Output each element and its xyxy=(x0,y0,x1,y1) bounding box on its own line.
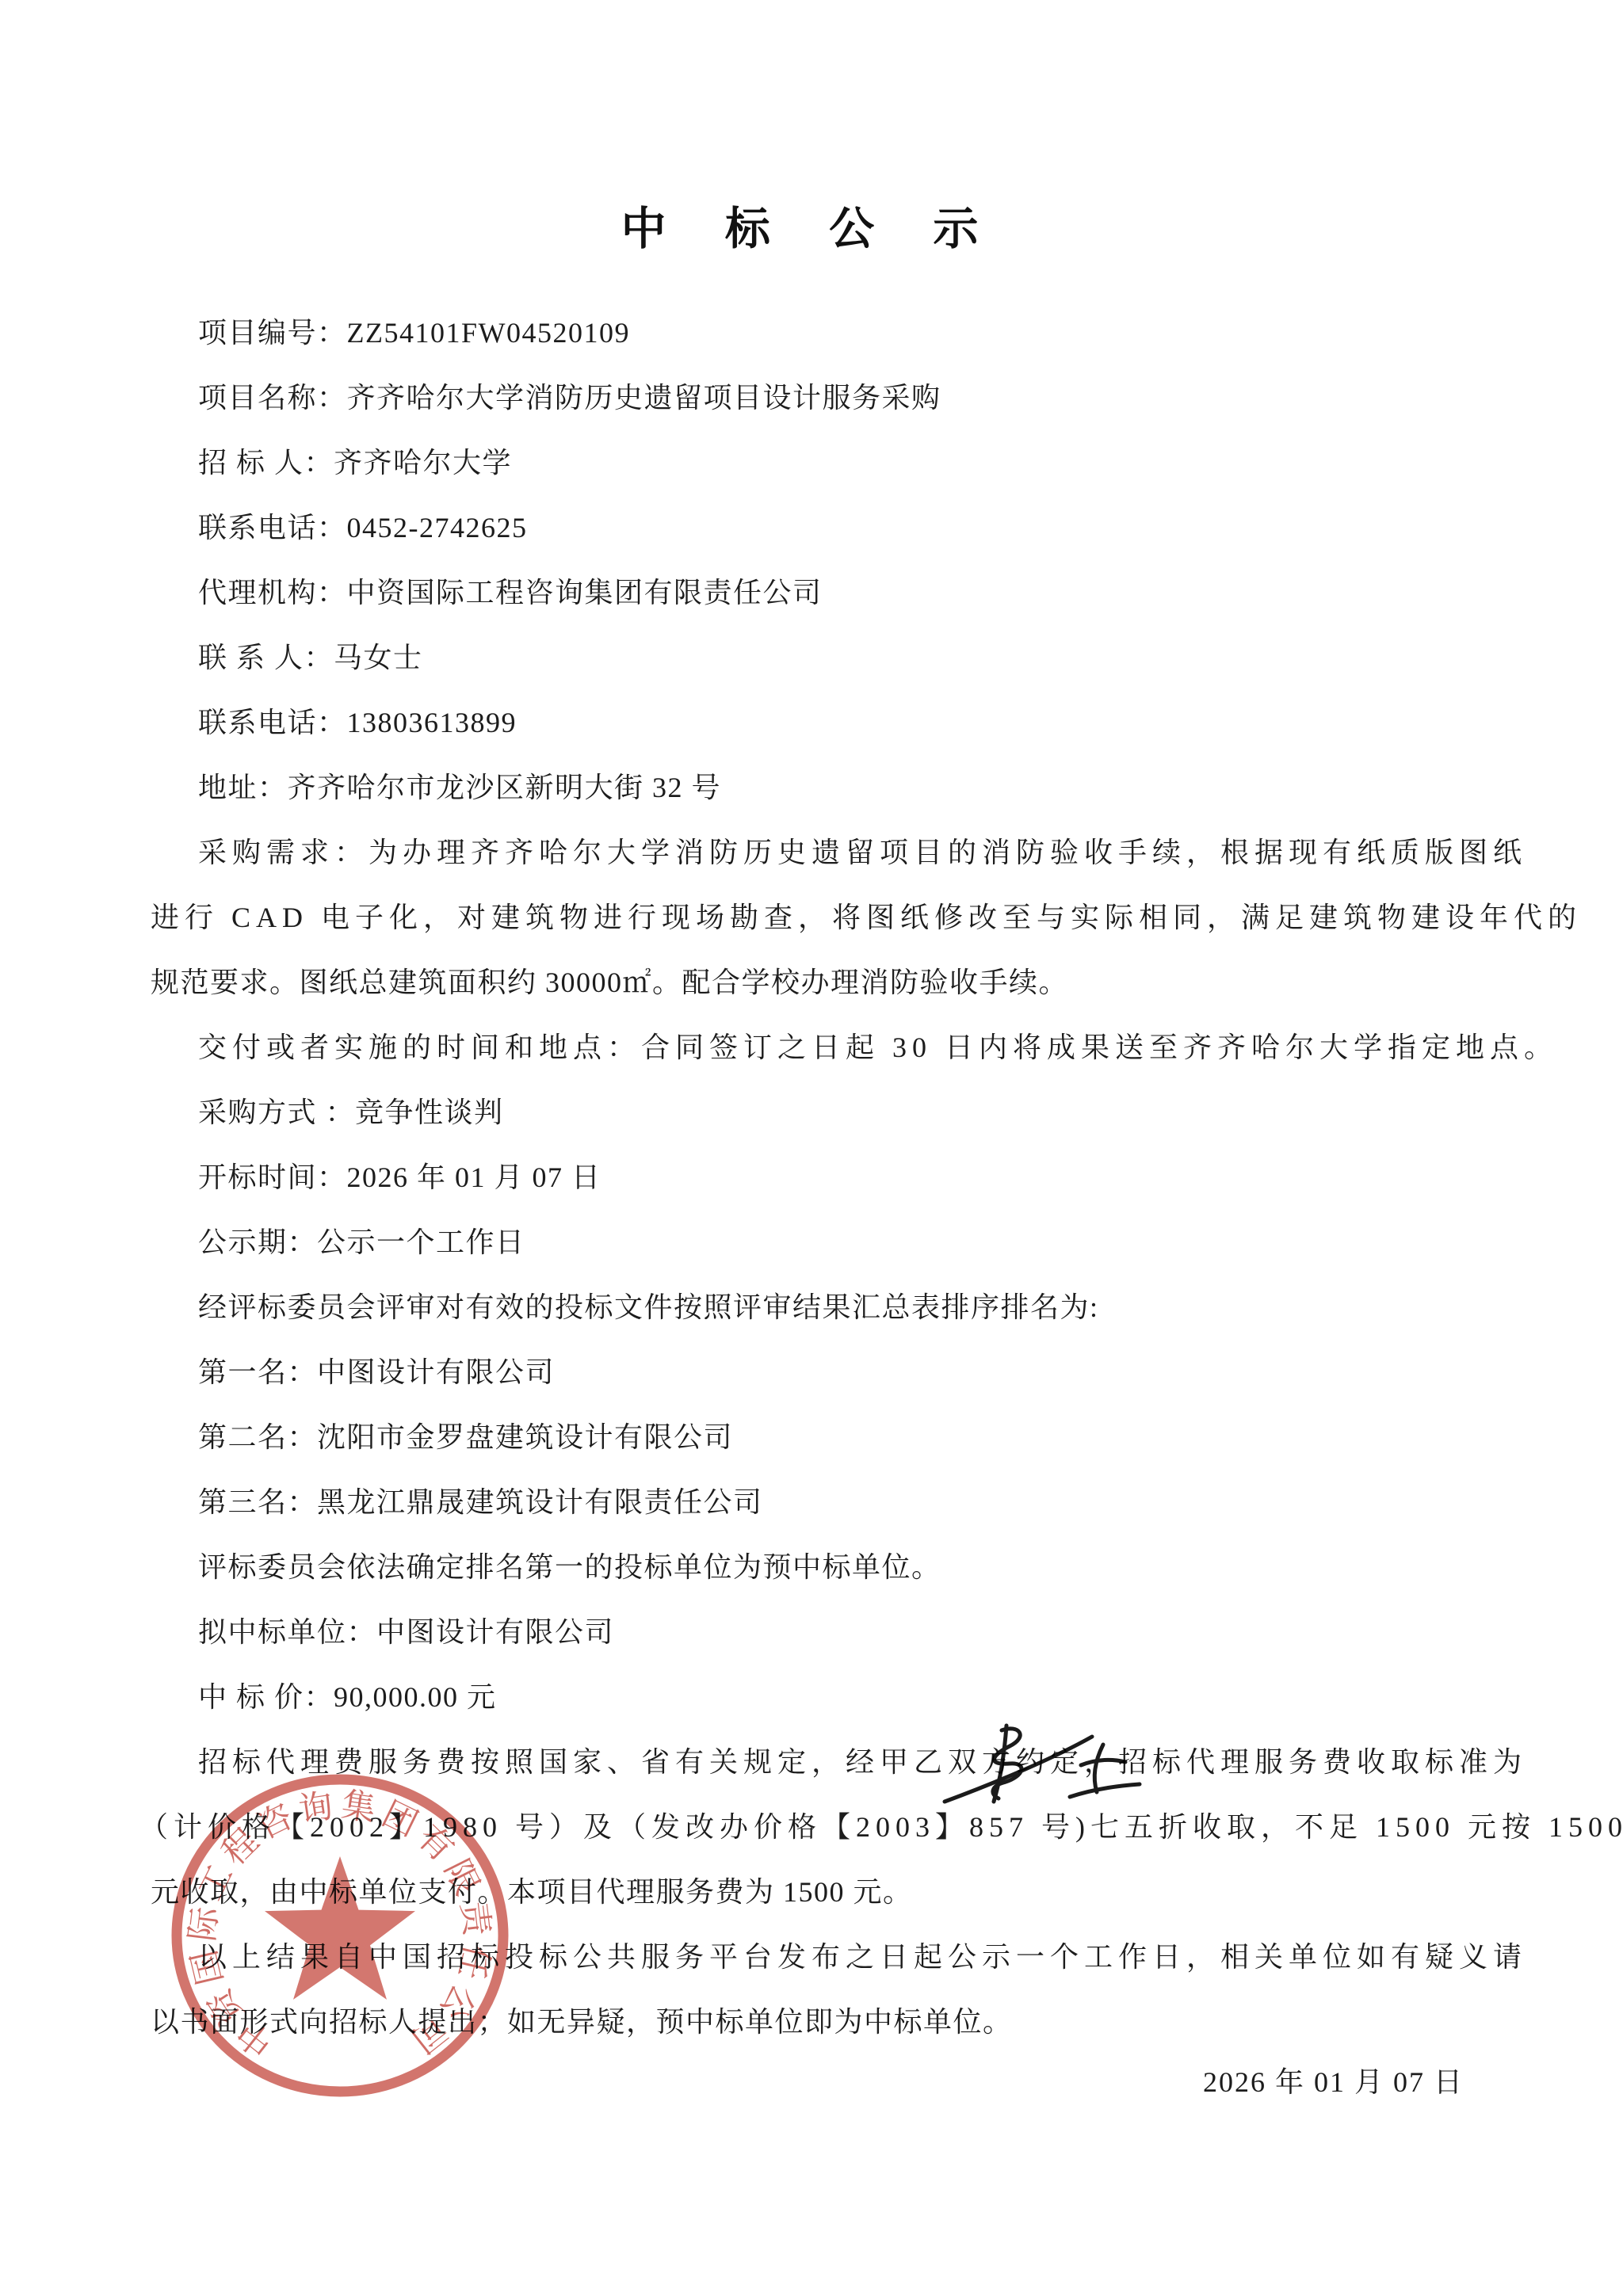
line-method: 采购方式 ：竞争性谈判 xyxy=(198,1095,504,1130)
line-phone-2: 联系电话：13803613899 xyxy=(198,705,517,740)
line-agency: 代理机构：中资国际工程咨询集团有限责任公司 xyxy=(198,575,823,610)
line-committee: 评标委员会依法确定排名第一的投标单位为预中标单位。 xyxy=(198,1550,941,1585)
announcement-page: 中 标 公 示 项目编号：ZZ54101FW04520109 项目名称：齐齐哈尔… xyxy=(0,0,1623,2296)
line-rank-2: 第二名：沈阳市金罗盘建筑设计有限公司 xyxy=(198,1420,733,1455)
line-requirement-2: 进行 CAD 电子化，对建筑物进行现场勘查，将图纸修改至与实际相同，满足建筑物建… xyxy=(151,900,1582,935)
document-date: 2026 年 01 月 07 日 xyxy=(1203,2060,1464,2100)
line-address: 地址：齐齐哈尔市龙沙区新明大街 32 号 xyxy=(198,770,721,805)
line-requirement-3: 规范要求。图纸总建筑面积约 30000㎡。配合学校办理消防验收手续。 xyxy=(151,965,1068,1000)
line-contact-person: 联 系 人：马女士 xyxy=(198,640,423,675)
line-price: 中 标 价：90,000.00 元 xyxy=(198,1680,497,1714)
line-phone-1: 联系电话：0452-2742625 xyxy=(198,510,528,545)
handwritten-signature xyxy=(937,1719,1151,1826)
line-delivery: 交付或者实施的时间和地点：合同签订之日起 30 日内将成果送至齐齐哈尔大学指定地… xyxy=(198,1030,1558,1065)
page-title: 中 标 公 示 xyxy=(0,193,1623,257)
line-rank-3: 第三名：黑龙江鼎晟建筑设计有限责任公司 xyxy=(198,1485,763,1520)
line-requirement-1: 采购需求：为办理齐齐哈尔大学消防历史遗留项目的消防验收手续，根据现有纸质版图纸 xyxy=(198,835,1527,870)
line-project-number: 项目编号：ZZ54101FW04520109 xyxy=(198,315,630,350)
line-opening-time: 开标时间：2026 年 01 月 07 日 xyxy=(198,1160,601,1195)
company-seal: 中资国际工程咨询集团有限责任公司 xyxy=(169,1772,511,2100)
line-publicity-period: 公示期：公示一个工作日 xyxy=(198,1225,525,1260)
line-tenderee: 招 标 人：齐齐哈尔大学 xyxy=(198,445,512,480)
star-icon xyxy=(265,1856,415,2000)
line-ranking-intro: 经评标委员会评审对有效的投标文件按照评审结果汇总表排序排名为: xyxy=(198,1290,1099,1325)
line-rank-1: 第一名：中图设计有限公司 xyxy=(198,1355,555,1390)
line-winner: 拟中标单位：中图设计有限公司 xyxy=(198,1615,614,1650)
line-project-name: 项目名称：齐齐哈尔大学消防历史遗留项目设计服务采购 xyxy=(198,380,941,415)
